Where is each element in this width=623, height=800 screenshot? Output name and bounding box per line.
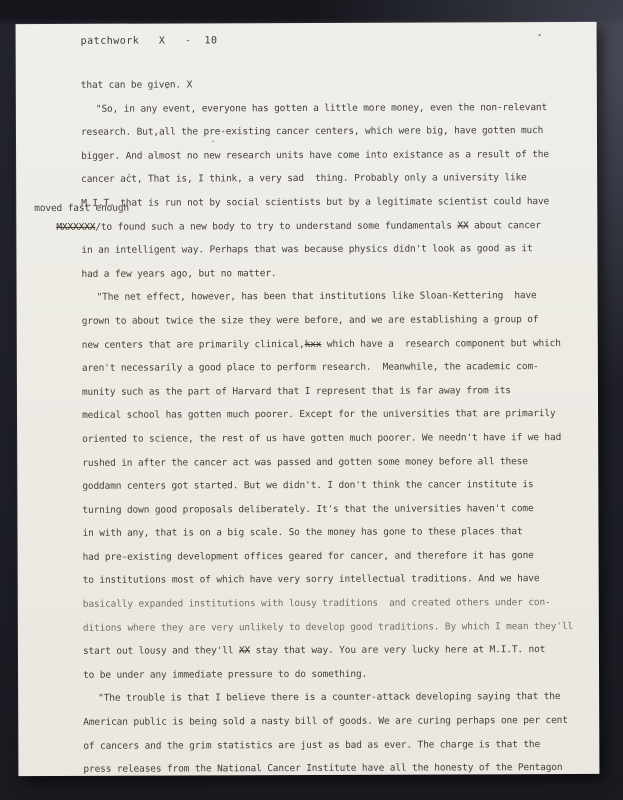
text-line: to be under any immediate pressure to do… [83,662,599,688]
text-segment: munity such as the part of Harvard that … [82,385,511,398]
text-line: research. But,all the pre-existing cance… [81,119,597,145]
text-line: "The net effect, however, has been that … [82,284,598,310]
text-segment: to institutions most of which have very … [83,574,540,587]
text-line: munity such as the part of Harvard that … [82,379,598,405]
scanned-typewritten-page: patchwork X - 10 that can be given. X"So… [16,22,600,776]
text-segment: had a few years ago, but no matter. [81,268,276,280]
text-segment: oriented to science, the rest of us have… [82,432,561,445]
text-line: of cancers and the grim statistics are j… [83,733,599,759]
text-segment: ditions where they are very unlikely to … [83,621,573,634]
text-segment: bigger. And almost no new research units… [81,149,549,162]
page-header: patchwork X - 10 [81,34,597,74]
text-segment: /to found such a new body to try to unde… [95,220,457,232]
text-line: in with any, that is on a big scale. So … [82,520,598,546]
text-segment: cancer act, That is, I think, a very sad… [81,173,527,186]
text-line: had a few years ago, but no matter. [81,261,597,287]
text-line: grown to about twice the size they were … [82,308,598,334]
text-segment: to be under any immediate pressure to do… [83,669,367,681]
struck-out-text: XX [457,220,468,231]
text-segment: had pre-existing development offices gea… [83,550,534,563]
text-line: ditions where they are very unlikely to … [83,615,599,641]
text-line: goddamn centers got started. But we didn… [82,473,598,499]
text-segment: "So, in any event, everyone has gotten a… [96,102,547,115]
text-line: rushed in after the cancer act was passe… [82,449,598,475]
text-segment: rushed in after the cancer act was passe… [82,456,528,469]
text-line: medical school has gotten much poorer. E… [82,402,598,428]
text-segment: research. But,all the pre-existing cance… [81,125,543,138]
text-line: MXXXXXX/to found such a new body to try … [56,213,597,239]
text-line: had pre-existing development offices gea… [83,544,599,570]
text-line: that can be given. X [81,72,597,98]
text-line: "So, in any event, everyone has gotten a… [81,95,597,121]
text-segment: turning down good proposals deliberately… [82,503,533,516]
text-line: press releases from the National Cancer … [83,756,599,782]
text-segment: "The trouble is that I believe there is … [98,691,560,704]
text-segment: basically expanded institutions with lou… [83,597,551,610]
struck-out-text: MXXXXXX [56,221,95,232]
text-line: new centers that are primarily clinical,… [82,331,598,357]
text-segment: which have a research component but whic… [321,338,561,350]
text-line: in an intelligent way. Perhaps that was … [81,237,597,263]
text-segment: American public is being sold a nasty bi… [83,715,568,728]
text-segment: start out lousy and they'll [83,646,239,658]
text-segment: goddamn centers got started. But we didn… [82,479,533,492]
text-segment: new centers that are primarily clinical, [82,339,305,351]
struck-out-text: XX [239,645,250,656]
body-text: that can be given. X"So, in any event, e… [81,72,600,782]
paper-specks [16,24,18,26]
text-line: turning down good proposals deliberately… [82,497,598,523]
text-segment: of cancers and the grim statistics are j… [83,739,540,752]
text-segment: in an intelligent way. Perhaps that was … [81,243,532,256]
text-line: aren't necessarily a good place to perfo… [82,355,598,381]
text-line: bigger. And almost no new research units… [81,143,597,169]
text-segment: "The net effect, however, has been that … [97,290,537,303]
text-line: to institutions most of which have very … [83,567,599,593]
text-line: cancer act, That is, I think, a very sad… [81,166,597,192]
text-line: start out lousy and they'll XX stay that… [83,638,599,664]
text-line: basically expanded institutions with lou… [83,591,599,617]
struck-out-text: kxx [305,338,322,349]
text-segment: about cancer [468,220,540,231]
text-line: oriented to science, the rest of us have… [82,426,598,452]
text-segment: in with any, that is on a big scale. So … [82,526,522,539]
interline-insertion: moved fast enough [34,203,129,215]
text-segment: stay that way. You are very lucky here a… [250,644,545,656]
text-line: American public is being sold a nasty bi… [83,709,599,735]
text-segment: aren't necessarily a good place to perfo… [82,361,539,374]
text-segment: medical school has gotten much poorer. E… [82,408,555,421]
text-segment: M.I.T. that is run not by social scienti… [81,196,549,209]
text-segment: grown to about twice the size they were … [82,314,539,327]
text-segment: that can be given. X [81,79,192,90]
text-line: M.I.T. that is run not by social scienti… [81,190,597,216]
text-segment: press releases from the National Cancer … [83,762,562,775]
text-line: "The trouble is that I believe there is … [83,685,599,711]
